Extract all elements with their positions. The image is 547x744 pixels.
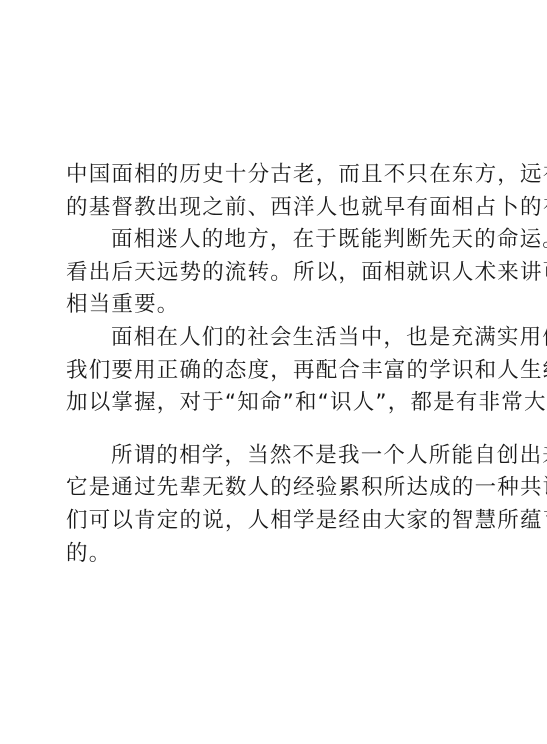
paragraph-history: 中国面相的历史十分古老，而且不只在东方，远在西方 的基督教出现之前、西洋人也就早… (66, 159, 498, 224)
paragraph-physiognomy-consensus: 所谓的相学，当然不是我一个人所能自创出来的， 它是通过先辈无数人的经验累积所达成… (66, 440, 498, 570)
text-line: 看出后天远势的流转。所以，面相就识人术来讲可以说 (66, 257, 498, 290)
document-page: 中国面相的历史十分古老，而且不只在东方，远在西方 的基督教出现之前、西洋人也就早… (66, 159, 498, 570)
text-line: 的。 (66, 538, 498, 571)
text-line: 面相迷人的地方，在于既能判断先天的命运。也能 (66, 224, 498, 257)
text-line: 面相在人们的社会生活当中，也是充满实用价值的， (66, 322, 498, 355)
text-line: 我们要用正确的态度，再配合丰富的学识和人生经验去 (66, 355, 498, 388)
text-line: 它是通过先辈无数人的经验累积所达成的一种共识，我 (66, 472, 498, 505)
text-line: 中国面相的历史十分古老，而且不只在东方，远在西方 (66, 159, 498, 192)
text-line: 相当重要。 (66, 289, 498, 322)
text-line: 的基督教出现之前、西洋人也就早有面相占卜的存在了。 (66, 192, 498, 225)
text-line: 所谓的相学，当然不是我一个人所能自创出来的， (66, 440, 498, 473)
text-line: 加以掌握，对于“知命”和“识人”，都是有非常大的好处。 (66, 387, 498, 420)
paragraph-charm: 面相迷人的地方，在于既能判断先天的命运。也能 看出后天远势的流转。所以，面相就识… (66, 224, 498, 322)
text-line: 们可以肯定的说，人相学是经由大家的智慧所蕴育出来 (66, 505, 498, 538)
paragraph-practical-value: 面相在人们的社会生活当中，也是充满实用价值的， 我们要用正确的态度，再配合丰富的… (66, 322, 498, 420)
